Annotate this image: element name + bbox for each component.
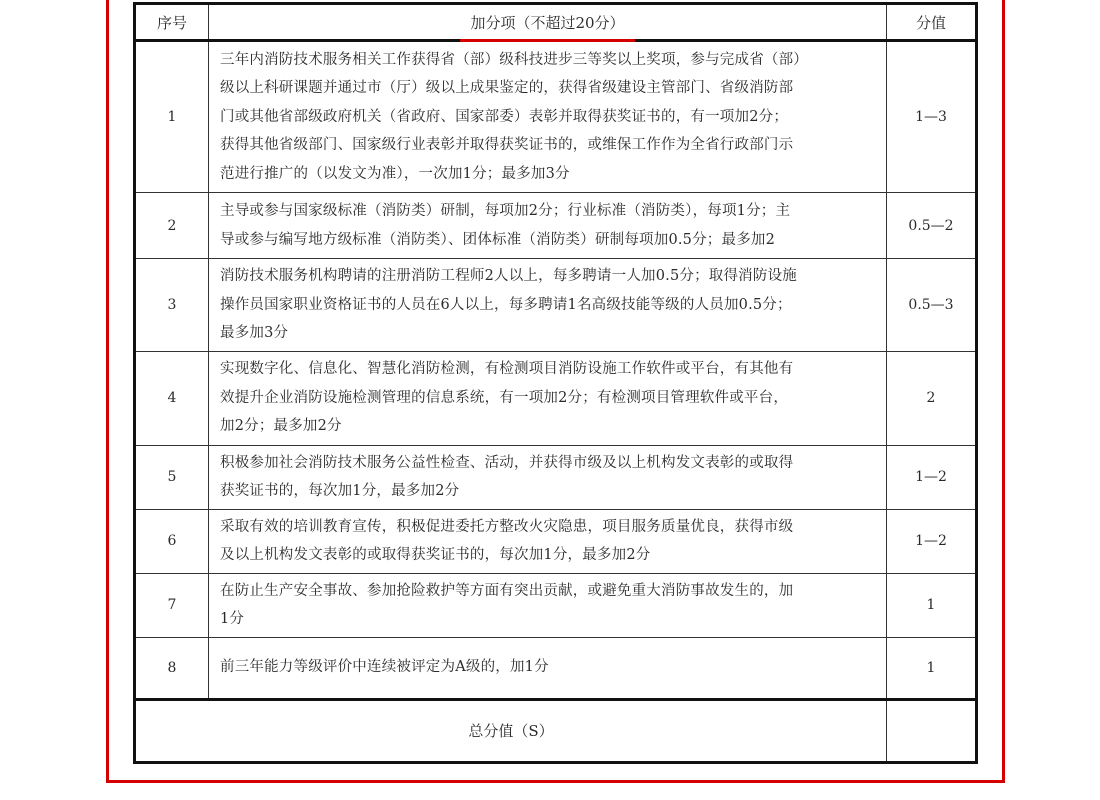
row-index: 3 [135, 259, 209, 352]
description-line: 三年内消防技术服务相关工作获得省（部）级科技进步三等奖以上奖项，参与完成省（部） [220, 46, 876, 75]
row-score: 0.5—3 [887, 259, 977, 352]
row-index: 4 [135, 351, 209, 445]
description-line: 消防技术服务机构聘请的注册消防工程师2人以上，每多聘请一人加0.5分；取得消防设… [220, 262, 876, 291]
total-row: 总分值（S） [135, 699, 977, 762]
row-bonus-description: 实现数字化、信息化、智慧化消防检测，有检测项目消防设施工作软件或平台，有其他有效… [209, 351, 887, 445]
row-index: 5 [135, 445, 209, 509]
description-line: 1分 [220, 605, 876, 634]
row-bonus-description: 在防止生产安全事故、参加抢险救护等方面有突出贡献，或避免重大消防事故发生的，加1… [209, 573, 887, 637]
row-score: 1—3 [887, 41, 977, 193]
description-line: 级以上科研课题并通过市（厅）级以上成果鉴定的，获得省级建设主管部门、省级消防部 [220, 74, 876, 103]
row-score: 1—2 [887, 509, 977, 573]
description-line: 获奖证书的，每次加1分，最多加2分 [220, 477, 876, 506]
row-score: 1 [887, 637, 977, 699]
description-line: 积极参加社会消防技术服务公益性检查、活动，并获得市级及以上机构发文表彰的或取得 [220, 449, 876, 478]
row-bonus-description: 前三年能力等级评价中连续被评定为A级的，加1分 [209, 637, 887, 699]
row-score: 0.5—2 [887, 193, 977, 259]
row-index: 6 [135, 509, 209, 573]
total-value [887, 699, 977, 762]
row-bonus-description: 主导或参与国家级标准（消防类）研制，每项加2分；行业标准（消防类），每项1分；主… [209, 193, 887, 259]
table-row: 2主导或参与国家级标准（消防类）研制，每项加2分；行业标准（消防类），每项1分；… [135, 193, 977, 259]
description-line: 范进行推广的（以发文为准），一次加1分；最多加3分 [220, 160, 876, 189]
red-underline-annotation [460, 39, 634, 42]
description-line: 加2分；最多加2分 [220, 412, 876, 441]
total-label: 总分值（S） [135, 699, 887, 762]
description-line: 门或其他省部级政府机关（省政府、国家部委）表彰并取得获奖证书的，有一项加2分； [220, 103, 876, 132]
row-score: 1 [887, 573, 977, 637]
bonus-score-table: 序号 加分项（不超过20分） 分值 1三年内消防技术服务相关工作获得省（部）级科… [133, 2, 978, 764]
table-row: 5积极参加社会消防技术服务公益性检查、活动，并获得市级及以上机构发文表彰的或取得… [135, 445, 977, 509]
description-line: 操作员国家职业资格证书的人员在6人以上，每多聘请1名高级技能等级的人员加0.5分… [220, 291, 876, 320]
table-row: 1三年内消防技术服务相关工作获得省（部）级科技进步三等奖以上奖项，参与完成省（部… [135, 41, 977, 193]
row-index: 2 [135, 193, 209, 259]
description-line: 效提升企业消防设施检测管理的信息系统，有一项加2分；有检测项目管理软件或平台， [220, 384, 876, 413]
description-line: 前三年能力等级评价中连续被评定为A级的，加1分 [220, 653, 876, 682]
row-index: 8 [135, 637, 209, 699]
row-bonus-description: 采取有效的培训教育宣传，积极促进委托方整改火灾隐患，项目服务质量优良，获得市级及… [209, 509, 887, 573]
row-bonus-description: 消防技术服务机构聘请的注册消防工程师2人以上，每多聘请一人加0.5分；取得消防设… [209, 259, 887, 352]
description-line: 导或参与编写地方级标准（消防类）、团体标准（消防类）研制每项加0.5分；最多加2 [220, 226, 876, 255]
description-line: 主导或参与国家级标准（消防类）研制，每项加2分；行业标准（消防类），每项1分；主 [220, 197, 876, 226]
table-row: 8前三年能力等级评价中连续被评定为A级的，加1分1 [135, 637, 977, 699]
row-bonus-description: 三年内消防技术服务相关工作获得省（部）级科技进步三等奖以上奖项，参与完成省（部）… [209, 41, 887, 193]
table-row: 3消防技术服务机构聘请的注册消防工程师2人以上，每多聘请一人加0.5分；取得消防… [135, 259, 977, 352]
description-line: 实现数字化、信息化、智慧化消防检测，有检测项目消防设施工作软件或平台，有其他有 [220, 355, 876, 384]
table-header-row: 序号 加分项（不超过20分） 分值 [135, 4, 977, 41]
row-score: 2 [887, 351, 977, 445]
header-score: 分值 [887, 4, 977, 41]
description-line: 最多加3分 [220, 319, 876, 348]
row-index: 7 [135, 573, 209, 637]
row-bonus-description: 积极参加社会消防技术服务公益性检查、活动，并获得市级及以上机构发文表彰的或取得获… [209, 445, 887, 509]
row-index: 1 [135, 41, 209, 193]
table-row: 4实现数字化、信息化、智慧化消防检测，有检测项目消防设施工作软件或平台，有其他有… [135, 351, 977, 445]
description-line: 及以上机构发文表彰的或取得获奖证书的，每次加1分，最多加2分 [220, 541, 876, 570]
header-bonus-item: 加分项（不超过20分） [209, 4, 887, 41]
header-bonus-item-label: 加分项（不超过20分） [470, 14, 624, 32]
description-line: 在防止生产安全事故、参加抢险救护等方面有突出贡献，或避免重大消防事故发生的，加 [220, 577, 876, 606]
header-index: 序号 [135, 4, 209, 41]
table-row: 7在防止生产安全事故、参加抢险救护等方面有突出贡献，或避免重大消防事故发生的，加… [135, 573, 977, 637]
table-row: 6采取有效的培训教育宣传，积极促进委托方整改火灾隐患，项目服务质量优良，获得市级… [135, 509, 977, 573]
row-score: 1—2 [887, 445, 977, 509]
description-line: 采取有效的培训教育宣传，积极促进委托方整改火灾隐患，项目服务质量优良，获得市级 [220, 513, 876, 542]
description-line: 获得其他省级部门、国家级行业表彰并取得获奖证书的，或维保工作作为全省行政部门示 [220, 131, 876, 160]
